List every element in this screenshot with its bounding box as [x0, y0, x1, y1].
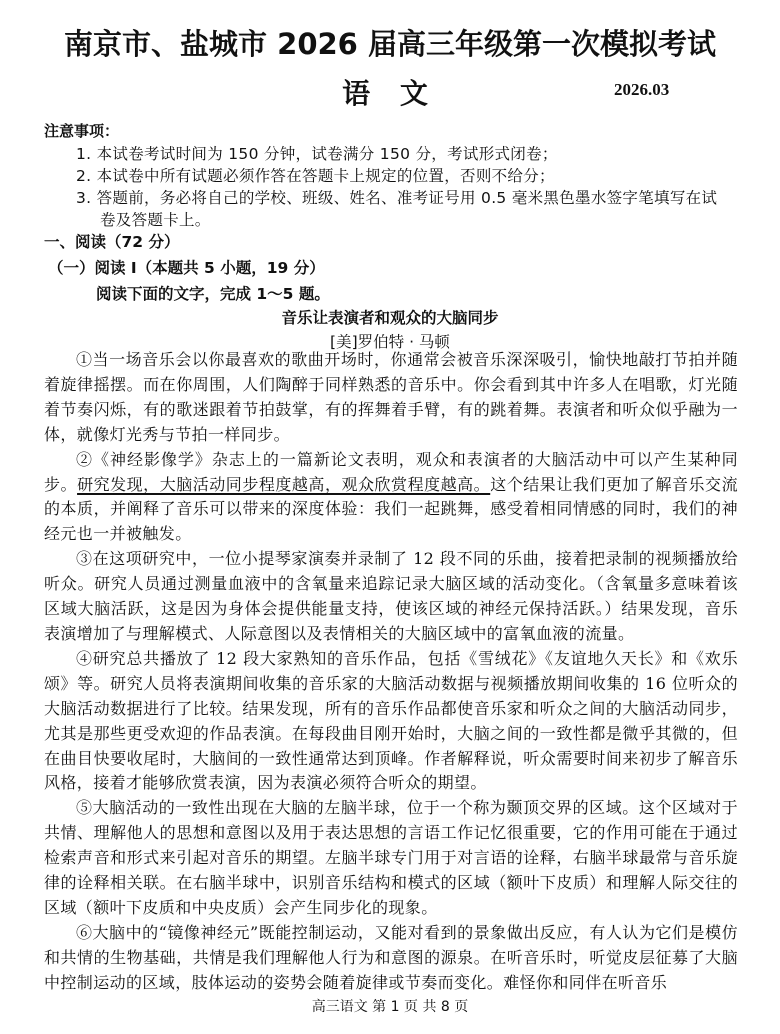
paragraph-4: ④研究总共播放了 12 段大家熟知的音乐作品，包括《雪绒花》《友谊地久天长》和《…: [44, 647, 738, 796]
paragraph-1: ①当一场音乐会以你最喜欢的歌曲开场时，你通常会被音乐深深吸引，愉快地敲打节拍并随…: [44, 348, 738, 448]
underlined-sentence: 研究发现，大脑活动同步程度越高，观众欣赏程度越高。: [77, 475, 490, 494]
reading-instruction: 阅读下面的文字，完成 1～5 题。: [96, 282, 330, 304]
notice-list: 1. 本试卷考试时间为 150 分钟，试卷满分 150 分，考试形式闭卷； 2.…: [76, 143, 726, 231]
section-heading: 一、阅读（72 分）: [44, 230, 179, 252]
exam-title: 南京市、盐城市 2026 届高三年级第一次模拟考试: [0, 22, 780, 63]
paragraph-3: ③在这项研究中，一位小提琴家演奏并录制了 12 段不同的乐曲，接着把录制的视频播…: [44, 547, 738, 647]
paragraph-6: ⑥大脑中的“镜像神经元”既能控制运动，又能对看到的景象做出反应，有人认为它们是模…: [44, 921, 738, 996]
section-subheading: （一）阅读 Ⅰ（本题共 5 小题，19 分）: [48, 256, 325, 278]
article-title: 音乐让表演者和观众的大脑同步: [0, 306, 780, 328]
notice-item: 1. 本试卷考试时间为 150 分钟，试卷满分 150 分，考试形式闭卷；: [76, 143, 726, 165]
page-footer: 高三语文 第 1 页 共 8 页: [0, 996, 780, 1016]
paragraph-5: ⑤大脑活动的一致性出现在大脑的左脑半球，位于一个称为颞顶交界的区域。这个区域对于…: [44, 796, 738, 921]
paragraph-2: ②《神经影像学》杂志上的一篇新论文表明，观众和表演者的大脑活动中可以产生某种同步…: [44, 448, 738, 548]
exam-date: 2026.03: [614, 80, 669, 100]
notice-item: 3. 答题前，务必将自己的学校、班级、姓名、准考证号用 0.5 毫米黑色墨水签字…: [76, 187, 726, 231]
notice-item: 2. 本试卷中所有试题必须作答在答题卡上规定的位置，否则不给分；: [76, 165, 726, 187]
article-body: ①当一场音乐会以你最喜欢的歌曲开场时，你通常会被音乐深深吸引，愉快地敲打节拍并随…: [44, 348, 738, 996]
notice-heading: 注意事项：: [44, 120, 119, 141]
